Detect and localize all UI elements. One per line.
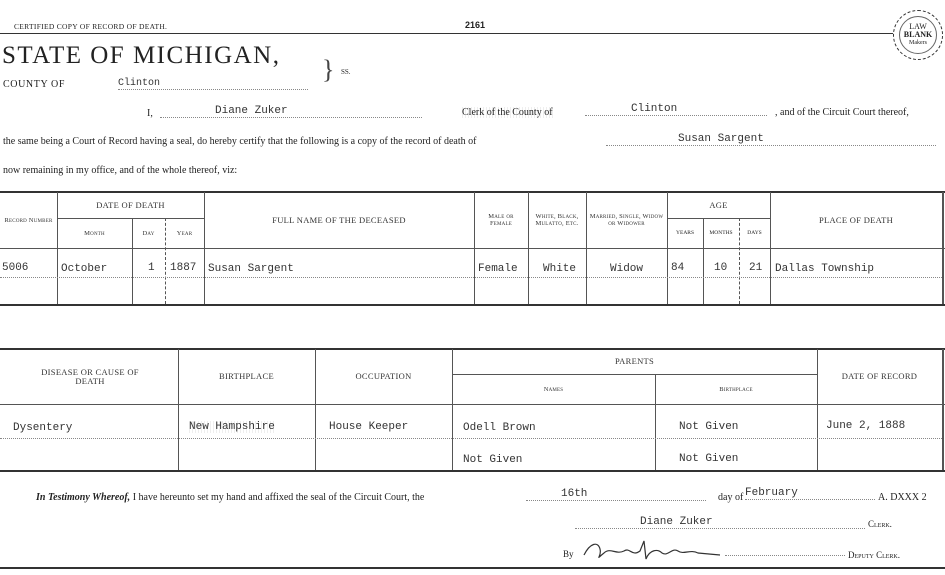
mother-name: Not Given (463, 454, 522, 466)
clerk-label: Clerk. (868, 519, 892, 529)
form-title: CERTIFIED COPY OF RECORD OF DEATH. (14, 22, 167, 31)
county-label: COUNTY OF (3, 79, 65, 90)
brace: } (322, 52, 334, 88)
testimony-text: In Testimony Whereof, I have hereunto se… (36, 492, 424, 503)
father-name: Odell Brown (463, 422, 536, 434)
header-date-of-death: DATE OF DEATH (57, 192, 204, 218)
testimony-day: 16th (526, 488, 706, 501)
place-of-death: Dallas Township (775, 263, 874, 275)
death-day: 1 (148, 262, 155, 274)
testimony-body: I have hereunto set my hand and affixed … (133, 492, 425, 503)
day-of-label: day of (718, 492, 743, 503)
death-year: 1887 (170, 262, 196, 274)
row-dotted-rule (0, 438, 942, 439)
header-days: DAYS (739, 218, 770, 248)
table1-header-rule (0, 248, 945, 249)
header-place-of-death: PLACE OF DEATH (770, 192, 942, 248)
deceased-full-name: Susan Sargent (208, 263, 294, 275)
deceased-name: Susan Sargent (606, 133, 936, 146)
footer-rule (0, 567, 945, 569)
seal-text-2: BLANK (904, 31, 932, 39)
col-divider (586, 192, 587, 304)
deputy-line (725, 555, 845, 556)
header-parent-birthplace: Birthplace (655, 374, 817, 404)
table1-right-border (942, 192, 944, 304)
age-years: 84 (671, 262, 684, 274)
table1-bottom-rule (0, 304, 945, 306)
table2-header-rule (0, 404, 945, 405)
header-parents: PARENTS (452, 349, 817, 374)
cause-of-death: Dysentery (13, 422, 72, 434)
seal-text-3: Makers (909, 39, 927, 47)
row-dotted-rule (0, 277, 942, 278)
race: White (543, 263, 576, 275)
header-sex: Male or Female (478, 192, 524, 248)
header-date-of-record: DATE OF RECORD (817, 349, 942, 404)
ad-label: A. DXXX 2 (878, 492, 927, 503)
occupation: House Keeper (329, 421, 408, 433)
header-occupation: OCCUPATION (315, 349, 452, 404)
death-month: October (61, 263, 107, 275)
circuit-text: , and of the Circuit Court thereof, (775, 107, 909, 118)
table2-right-border (942, 349, 944, 470)
clerk-signature: Diane Zuker (575, 516, 865, 529)
table2-bottom-rule (0, 470, 945, 472)
age-months: 10 (714, 262, 727, 274)
state-heading: STATE OF MICHIGAN, (2, 42, 280, 70)
marital-status: Widow (610, 263, 643, 275)
header-race: White, Black, Mulatto, Etc. (532, 192, 582, 248)
clerk-county: Clinton (585, 103, 767, 116)
header-marital: Married, Single, Widow or Widower (588, 192, 665, 248)
birthplace: New Hampshire (189, 421, 275, 433)
clerk-of-label: Clerk of the County of (462, 107, 553, 118)
record-number: 5006 (2, 262, 28, 274)
father-birthplace: Not Given (679, 421, 738, 433)
header-day: Day (132, 218, 165, 248)
header-months: MONTHS (703, 218, 739, 248)
law-blank-seal: LAW BLANK Makers (893, 10, 943, 60)
age-days: 21 (749, 262, 762, 274)
header-birthplace: BIRTHPLACE (178, 349, 315, 404)
deputy-clerk-label: Deputy Clerk. (848, 550, 900, 560)
header-years: YEARS (667, 218, 703, 248)
form-number: 2161 (465, 20, 485, 30)
deputy-signature-icon (580, 535, 725, 567)
header-rule (0, 33, 895, 34)
ss-label: SS. (341, 68, 351, 76)
by-label: By (563, 549, 574, 559)
county-value: Clinton (118, 78, 308, 90)
header-record-number: Record Number (0, 192, 57, 248)
clerk-name: Diane Zuker (160, 105, 422, 118)
col-divider (474, 192, 475, 304)
sex: Female (478, 263, 518, 275)
header-cause: DISEASE OR CAUSE OF DEATH (30, 349, 150, 404)
col-divider (528, 192, 529, 304)
header-age: AGE (667, 192, 770, 218)
testimony-lead: In Testimony Whereof, (36, 492, 130, 503)
remaining-text: now remaining in my office, and of the w… (3, 165, 237, 176)
header-month: Month (57, 218, 132, 248)
date-of-record: June 2, 1888 (826, 420, 905, 432)
testimony-month: February (745, 487, 875, 500)
court-text: the same being a Court of Record having … (3, 136, 476, 147)
header-parent-names: Names (452, 374, 655, 404)
mother-birthplace: Not Given (679, 453, 738, 465)
i-label: I, (147, 108, 153, 119)
header-year: Year (165, 218, 204, 248)
header-full-name: FULL NAME OF THE DECEASED (204, 192, 474, 248)
